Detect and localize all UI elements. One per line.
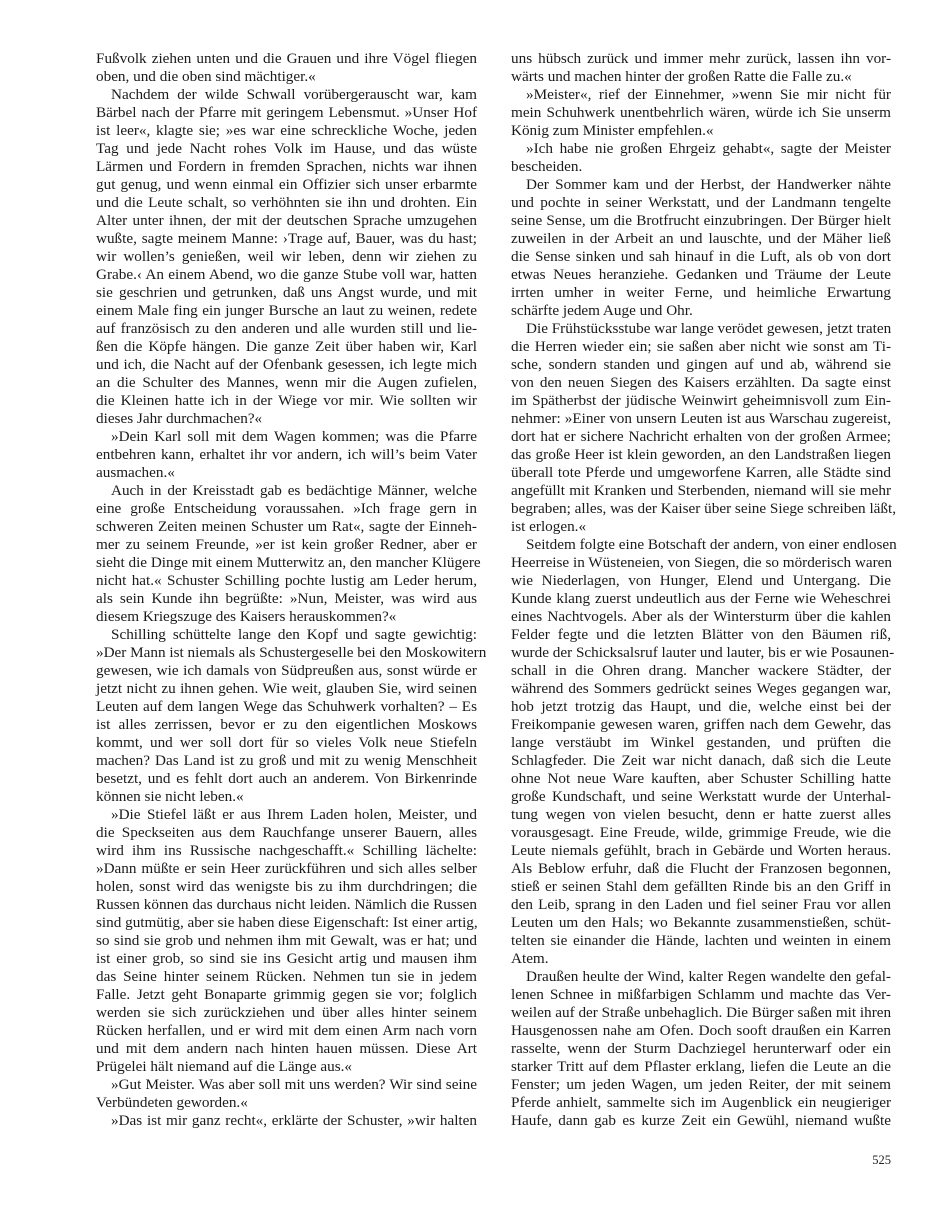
text-line: schweren Zeiten meinen Schuster um Rat«,…: [96, 518, 477, 536]
text-line: »Der Mann ist niemals als Schustergesell…: [96, 644, 477, 662]
paragraph-start-line: »Meister«, rief der Einnehmer, »wenn Sie…: [511, 86, 891, 104]
text-line: Freikompanie gewesen waren, griffen nach…: [511, 716, 891, 734]
text-line: vorausgesagt. Eine Freude, wilde, grimmi…: [511, 824, 891, 842]
text-line: diesem Kriegszuge des Kaisers herauskomm…: [96, 608, 477, 626]
book-page: Fußvolk ziehen unten und die Grauen und …: [0, 0, 935, 1210]
text-line: wärts und machen hinter der großen Ratte…: [511, 68, 891, 86]
text-line: wie Niederlagen, von Hunger, Elend und U…: [511, 572, 891, 590]
text-line: und mit dem andern nach hinten hauen müs…: [96, 1040, 477, 1058]
text-line: ohne Not neue Ware kauften, aber Schuste…: [511, 770, 891, 788]
text-line: sche, sondern standen und gingen auf und…: [511, 356, 891, 374]
text-line: sie geschrien und getrunken, daß uns Ang…: [96, 284, 477, 302]
text-line: Falle. Jetzt geht Bonaparte grimmig gege…: [96, 986, 477, 1004]
text-line: können sie nicht leben.«: [96, 788, 477, 806]
text-line: mer zu seinem Freunde, »er ist kein groß…: [96, 536, 477, 554]
text-line: den Leib, sprang in den Laden und fiel s…: [511, 896, 891, 914]
text-line: begraben; alles, was der Kaiser über sei…: [511, 500, 891, 518]
text-line: das Seine hinter seinem Rücken. Nehmen t…: [96, 968, 477, 986]
text-line: gut genug, und wenn einmal ein Offizier …: [96, 176, 477, 194]
text-line: zuweilen in der Arbeit an und lauschte, …: [511, 230, 891, 248]
text-line: oben, und die oben sind mächtiger.«: [96, 68, 477, 86]
text-line: kommt, und wer soll dort für so vieles V…: [96, 734, 477, 752]
text-line: etwas Neues heranziehe. Gedanken und Trä…: [511, 266, 891, 284]
text-line: und pochte in seiner Werkstatt, und der …: [511, 194, 891, 212]
paragraph-start-line: »Die Stiefel läßt er aus Ihrem Laden hol…: [96, 806, 477, 824]
text-line: Verbündeten geworden.«: [96, 1094, 477, 1112]
text-line: Haufe, dann gab es kurze Zeit ein Gewühl…: [511, 1112, 891, 1130]
text-line: eine große Entscheidung voraussahen. »Ic…: [96, 500, 477, 518]
text-line: im Spätherbst der jüdische Weinwirt gehe…: [511, 392, 891, 410]
text-line: sieht die Dinge mit einem Mutterwitz an,…: [96, 554, 477, 572]
text-line: eines Nachtvogels. Aber als der Winterst…: [511, 608, 891, 626]
text-line: machen? Das Land ist zu groß und mit zu …: [96, 752, 477, 770]
text-line: Russen können das durchaus nicht leiden.…: [96, 896, 477, 914]
text-line: schall in die Ohren drang. Mancher wacke…: [511, 662, 891, 680]
text-line: einem Male fing ein junger Bursche an la…: [96, 302, 477, 320]
text-line: besetzt, und es fehlt dort auch an ander…: [96, 770, 477, 788]
text-line: entbehren kann, erhaltet ihr vor andern,…: [96, 446, 477, 464]
text-line: gewesen, wie ich damals von Südpreußen a…: [96, 662, 477, 680]
text-line: Leuten auf dem langen Wege das Schuhwerk…: [96, 698, 477, 716]
text-line: Heerreise in Wüsteneien, von Siegen, die…: [511, 554, 891, 572]
text-line: hob jetzt trotzig das Haupt, und die, we…: [511, 698, 891, 716]
text-line: Rücken herfallen, und er wird mit dem ei…: [96, 1022, 477, 1040]
text-line: von den neuen Siegen des Kaisers erzählt…: [511, 374, 891, 392]
text-line: tung wegen von vielen besucht, denn er h…: [511, 806, 891, 824]
text-line: und ich, die Nacht auf der Ofenbank gese…: [96, 356, 477, 374]
text-line: Atem.: [511, 950, 891, 968]
text-line: angefüllt mit Kranken und Sterbenden, ni…: [511, 482, 891, 500]
text-line: die Kleinen hatte ich in der Wiege vor m…: [96, 392, 477, 410]
text-line: Als Beblow erfuhr, daß die Flucht der Fr…: [511, 860, 891, 878]
text-line: sind gutmütig, aber sie haben diese Eige…: [96, 914, 477, 932]
text-line: holen, sonst wird das wenigste bis zu ih…: [96, 878, 477, 896]
text-line: starker Tritt auf dem Pflaster erklang, …: [511, 1058, 891, 1076]
text-line: schärfte jedem Auge und Ohr.: [511, 302, 891, 320]
text-line: auf französisch zu den anderen und alle …: [96, 320, 477, 338]
text-line: an die Schulter des Mannes, wenn mir die…: [96, 374, 477, 392]
paragraph-start-line: Nachdem der wilde Schwall vorübergerausc…: [96, 86, 477, 104]
text-line: Fenster; um jeden Wagen, um jeden Reiter…: [511, 1076, 891, 1094]
text-line: Tag und jede Nacht rohes Volk im Hause, …: [96, 140, 477, 158]
text-line: wird ihm ins Russische nachgeschafft.« S…: [96, 842, 477, 860]
text-line: Leuten um den Hals; wo Bekannte zusammen…: [511, 914, 891, 932]
text-line: Schlagfeder. Die Zeit war nicht danach, …: [511, 752, 891, 770]
text-line: dieses Jahr durchmachen?«: [96, 410, 477, 428]
text-column-left: Fußvolk ziehen unten und die Grauen und …: [96, 50, 477, 1130]
text-line: lenen Schnee in mißfarbigen Schlamm und …: [511, 986, 891, 1004]
text-line: die Herren wieder ein; sie saßen aber ni…: [511, 338, 891, 356]
text-line: überall tote Pferde und umgeworfene Karr…: [511, 464, 891, 482]
text-line: dort hat er sichere Nachricht erhalten v…: [511, 428, 891, 446]
text-line: lange verstäubt im Winkel gestanden, und…: [511, 734, 891, 752]
text-line: König zum Minister empfehlen.«: [511, 122, 891, 140]
text-line: ist erlogen.«: [511, 518, 891, 536]
text-line: Felder fegte und die letzten Blätter von…: [511, 626, 891, 644]
text-line: weilen auf der Straße unbehaglich. Die B…: [511, 1004, 891, 1022]
text-line: während des Sommers gedrückt seines Wege…: [511, 680, 891, 698]
text-line: ist alles zerrissen, bevor er zu den eig…: [96, 716, 477, 734]
text-line: Fußvolk ziehen unten und die Grauen und …: [96, 50, 477, 68]
page-number: 525: [872, 1153, 891, 1168]
text-line: als sein Kunde ihn begrüßte: »Nun, Meist…: [96, 590, 477, 608]
text-line: stieß er seinen Stahl dem gefällten Rind…: [511, 878, 891, 896]
text-line: jetzt nicht zu ihnen gehen. Wie weit, gl…: [96, 680, 477, 698]
text-line: Bärbel nach der Pfarre mit geringem Lebe…: [96, 104, 477, 122]
text-line: große Kundschaft, und seine Werkstatt wu…: [511, 788, 891, 806]
text-line: so sind sie grob und nehmen ihm mit Gewa…: [96, 932, 477, 950]
text-line: Prügelei hält niemand auf die Länge aus.…: [96, 1058, 477, 1076]
text-line: Grabe.‹ An einem Abend, wo die ganze Stu…: [96, 266, 477, 284]
text-line: ausmachen.«: [96, 464, 477, 482]
text-line: telten sie einander die Hände, lachten u…: [511, 932, 891, 950]
text-line: Pferde anhielt, sammelte sich im Augenbl…: [511, 1094, 891, 1112]
text-line: uns hübsch zurück und immer mehr zurück,…: [511, 50, 891, 68]
text-line: seine Sense, um die Brotfrucht einzubrin…: [511, 212, 891, 230]
text-line: werden sie sich zurückziehen und über al…: [96, 1004, 477, 1022]
paragraph-start-line: Der Sommer kam und der Herbst, der Handw…: [511, 176, 891, 194]
paragraph-start-line: »Dein Karl soll mit dem Wagen kommen; wa…: [96, 428, 477, 446]
text-line: wir wollen’s genießen, weil wir leben, d…: [96, 248, 477, 266]
text-line: irrten umher in weiter Ferne, und heimli…: [511, 284, 891, 302]
text-line: rasselte, wenn der Sturm Dachziegel heru…: [511, 1040, 891, 1058]
paragraph-start-line: Auch in der Kreisstadt gab es bedächtige…: [96, 482, 477, 500]
paragraph-start-line: Draußen heulte der Wind, kalter Regen wa…: [511, 968, 891, 986]
text-line: »Dann müßte er sein Heer zurückführen un…: [96, 860, 477, 878]
text-line: Leute niemals gefühlt, brach in Gebärde …: [511, 842, 891, 860]
paragraph-start-line: »Ich habe nie großen Ehrgeiz gehabt«, sa…: [511, 140, 891, 158]
text-line: die Speckseiten aus dem Rauchfange unser…: [96, 824, 477, 842]
text-line: ist einer grob, so sind sie ins Gesicht …: [96, 950, 477, 968]
text-line: Alter unter ihnen, der mit der deutschen…: [96, 212, 477, 230]
text-line: das große Heer ist klein geworden, an de…: [511, 446, 891, 464]
text-line: die Sense sinken und sah hinauf in die L…: [511, 248, 891, 266]
text-line: ßen die Köpfe hängen. Die ganze Zeit übe…: [96, 338, 477, 356]
text-line: Lärmen und Fordern in fremden Sprachen, …: [96, 158, 477, 176]
text-line: und die Leute schalt, so verhöhnten sie …: [96, 194, 477, 212]
text-line: mein Schuhwerk unentbehrlich wären, würd…: [511, 104, 891, 122]
text-line: nehmer: »Einer von unsern Leuten ist aus…: [511, 410, 891, 428]
paragraph-start-line: »Das ist mir ganz recht«, erklärte der S…: [96, 1112, 477, 1130]
paragraph-start-line: Seitdem folgte eine Botschaft der andern…: [511, 536, 891, 554]
paragraph-start-line: Die Frühstücksstube war lange verödet ge…: [511, 320, 891, 338]
text-column-right: uns hübsch zurück und immer mehr zurück,…: [511, 50, 891, 1130]
text-line: nicht hat.« Schuster Schilling pochte lu…: [96, 572, 477, 590]
paragraph-start-line: Schilling schüttelte lange den Kopf und …: [96, 626, 477, 644]
text-line: wurde der Schicksalsruf lauter und laute…: [511, 644, 891, 662]
text-line: ist leer«, klagte sie; »es war eine schr…: [96, 122, 477, 140]
text-line: wußte, sagte meinem Manne: ›Trage auf, B…: [96, 230, 477, 248]
text-line: bescheiden.: [511, 158, 891, 176]
text-line: Kunde klang zuerst undeutlich aus der Fe…: [511, 590, 891, 608]
text-line: Hausgenossen nahe am Ofen. Doch sooft dr…: [511, 1022, 891, 1040]
paragraph-start-line: »Gut Meister. Was aber soll mit uns werd…: [96, 1076, 477, 1094]
